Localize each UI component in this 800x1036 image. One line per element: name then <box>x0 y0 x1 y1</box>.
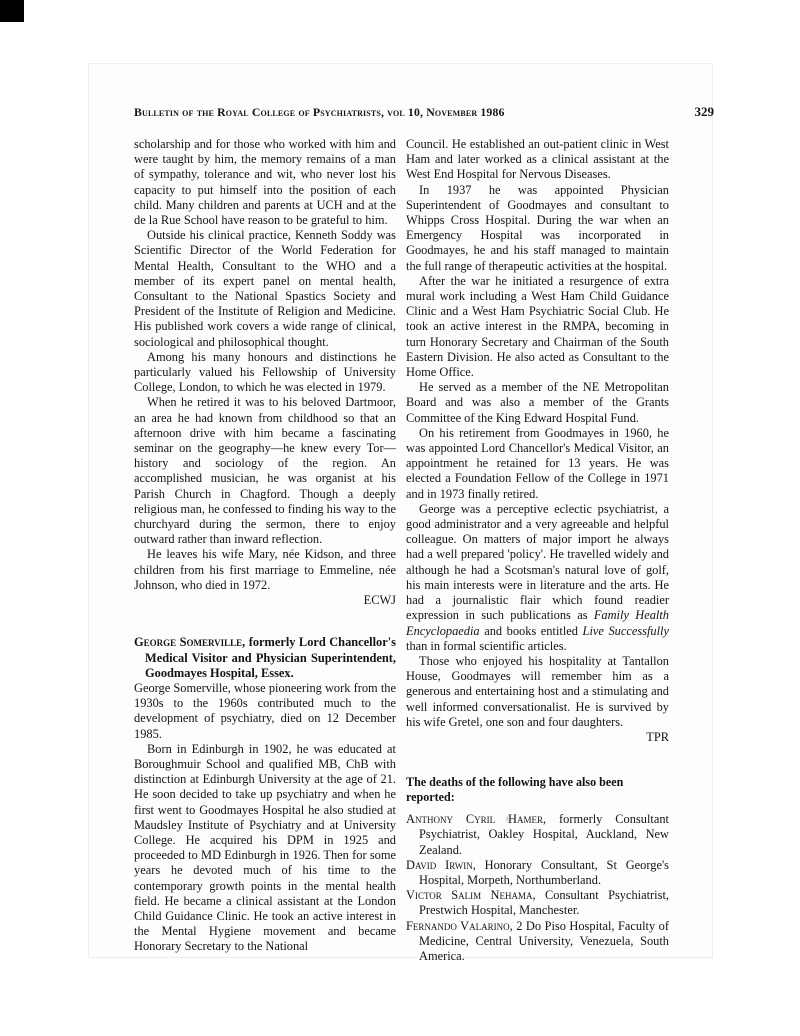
smallcaps-name: Fernando Valarino <box>406 919 510 933</box>
text-run: scholarship and for those who worked wit… <box>134 137 396 227</box>
page-header: Bulletin of the Royal College of Psychia… <box>134 104 714 120</box>
text-run: Outside his clinical practice, Kenneth S… <box>134 228 396 348</box>
paragraph: He served as a member of the NE Metropol… <box>406 380 669 426</box>
paragraph: George was a perceptive eclectic psychia… <box>406 502 669 654</box>
paragraph: When he retired it was to his beloved Da… <box>134 395 396 547</box>
smallcaps-name: David Irwin <box>406 858 473 872</box>
text-run: On his retirement from Goodmayes in 1960… <box>406 426 669 501</box>
paragraph: Council. He established an out-patient c… <box>406 137 669 183</box>
text-run: than in formal scientific articles. <box>406 639 567 653</box>
paragraph: scholarship and for those who worked wit… <box>134 137 396 228</box>
signature: ECWJ <box>134 593 396 608</box>
death-entry: David Irwin, Honorary Consultant, St Geo… <box>406 858 669 888</box>
paragraph: In 1937 he was appointed Physician Super… <box>406 183 669 274</box>
text-run: George was a perceptive eclectic psychia… <box>406 502 669 622</box>
smallcaps-name: Anthony Cyril Hamer <box>406 812 543 826</box>
paragraph: Among his many honours and distinctions … <box>134 350 396 396</box>
death-entry: Fernando Valarino, 2 Do Piso Hospital, F… <box>406 919 669 965</box>
text-run: and books entitled <box>480 624 583 638</box>
text-run: He leaves his wife Mary, née Kidson, and… <box>134 547 396 591</box>
paragraph: Born in Edinburgh in 1902, he was educat… <box>134 742 396 955</box>
paragraph: He leaves his wife Mary, née Kidson, and… <box>134 547 396 593</box>
paragraph: Outside his clinical practice, Kenneth S… <box>134 228 396 350</box>
paragraph: After the war he initiated a resurgence … <box>406 274 669 380</box>
paragraph: Those who enjoyed his hospitality at Tan… <box>406 654 669 730</box>
smallcaps-name: George Somerville <box>134 635 242 649</box>
text-run: ECWJ <box>364 593 396 607</box>
text-run: Those who enjoyed his hospitality at Tan… <box>406 654 669 729</box>
text-run: After the war he initiated a resurgence … <box>406 274 669 379</box>
text-run: Among his many honours and distinctions … <box>134 350 396 394</box>
text-run: When he retired it was to his beloved Da… <box>134 395 396 546</box>
death-entry: Anthony Cyril Hamer, formerly Consultant… <box>406 812 669 858</box>
text-run: In 1937 he was appointed Physician Super… <box>406 183 669 273</box>
page-number: 329 <box>695 104 715 120</box>
italic-text-run: Live Successfully <box>583 624 669 638</box>
text-run: TPR <box>646 730 669 744</box>
text-run: George Somerville, whose pioneering work… <box>134 681 396 741</box>
journal-page: Bulletin of the Royal College of Psychia… <box>88 63 713 958</box>
signature: TPR <box>406 730 669 745</box>
column-right: Council. He established an out-patient c… <box>406 137 669 964</box>
text-run: Council. He established an out-patient c… <box>406 137 669 181</box>
text-run: Born in Edinburgh in 1902, he was educat… <box>134 742 396 954</box>
paragraph: On his retirement from Goodmayes in 1960… <box>406 426 669 502</box>
obituary-heading: George Somerville, formerly Lord Chancel… <box>134 635 396 681</box>
paragraph: George Somerville, whose pioneering work… <box>134 681 396 742</box>
journal-title: Bulletin of the Royal College of Psychia… <box>134 105 505 120</box>
death-entry: Victor Salim Nehama, Consultant Psychiat… <box>406 888 669 918</box>
text-run: The deaths of the following have also be… <box>406 775 623 804</box>
text-run: He served as a member of the NE Metropol… <box>406 380 669 424</box>
column-left: scholarship and for those who worked wit… <box>134 137 396 955</box>
scan-artifact-dot <box>506 816 509 822</box>
smallcaps-name: Victor Salim Nehama <box>406 888 532 902</box>
scan-artifact-corner <box>0 0 24 22</box>
section-heading: The deaths of the following have also be… <box>406 775 669 805</box>
